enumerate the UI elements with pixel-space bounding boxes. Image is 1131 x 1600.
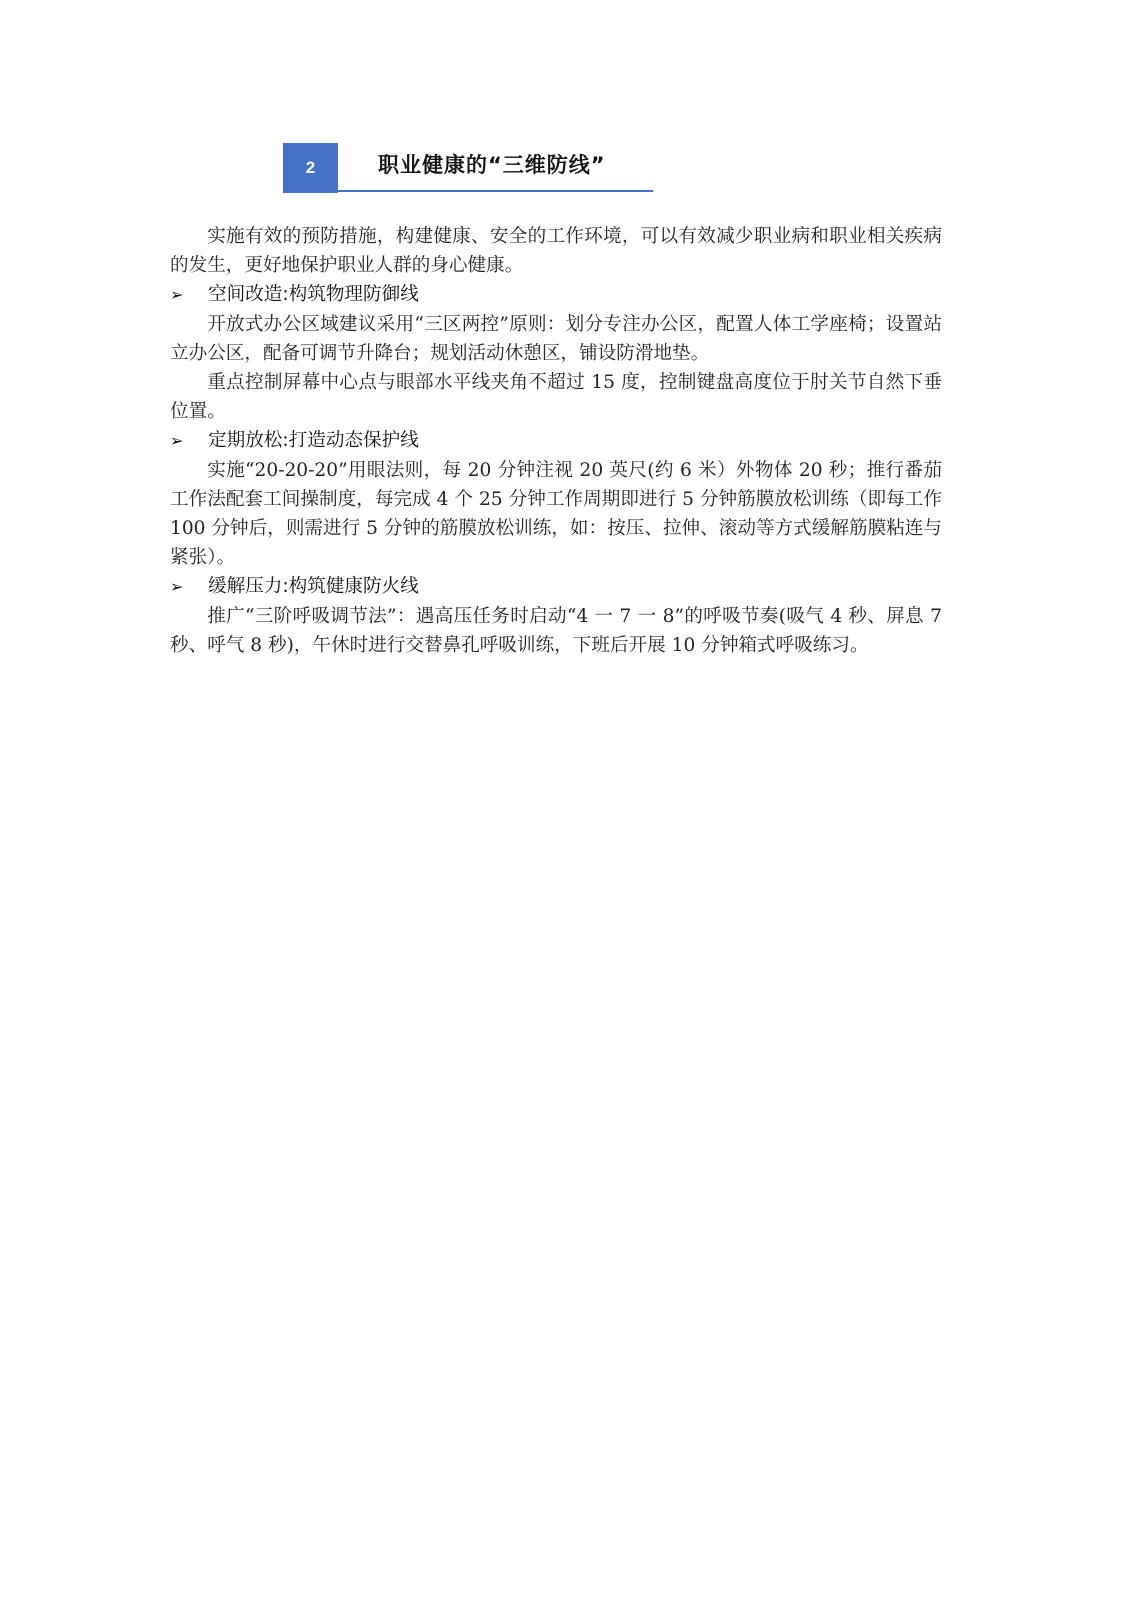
arrow-bullet-icon: ➢: [170, 572, 208, 601]
paragraph: 开放式办公区域建议采用“三区两控”原则：划分专注办公区，配置人体工学座椅；设置站…: [170, 310, 942, 368]
paragraph: 实施“20-20-20”用眼法则，每 20 分钟注视 20 英尺(约 6 米）外…: [170, 456, 942, 573]
heading-text: 空间改造:构筑物理防御线: [208, 280, 419, 309]
heading-text: 缓解压力:构筑健康防火线: [208, 572, 419, 601]
paragraph: 推广“三阶呼吸调节法”：遇高压任务时启动“4 一 7 一 8”的呼吸节奏(吸气 …: [170, 602, 942, 660]
section-heading-space: ➢ 空间改造:构筑物理防御线: [170, 280, 942, 309]
section-number-badge: 2: [283, 143, 338, 193]
title-underline: [338, 190, 653, 192]
document-body: 实施有效的预防措施，构建健康、安全的工作环境，可以有效减少职业病和职业相关疾病的…: [170, 222, 942, 660]
arrow-bullet-icon: ➢: [170, 280, 208, 309]
section-title: 职业健康的“三维防线”: [378, 149, 606, 179]
arrow-bullet-icon: ➢: [170, 426, 208, 455]
section-heading-stress: ➢ 缓解压力:构筑健康防火线: [170, 572, 942, 601]
intro-paragraph: 实施有效的预防措施，构建健康、安全的工作环境，可以有效减少职业病和职业相关疾病的…: [170, 222, 942, 280]
section-heading-relax: ➢ 定期放松:打造动态保护线: [170, 426, 942, 455]
heading-text: 定期放松:打造动态保护线: [208, 426, 419, 455]
section-header: 2 职业健康的“三维防线”: [283, 143, 655, 195]
paragraph: 重点控制屏幕中心点与眼部水平线夹角不超过 15 度，控制键盘高度位于肘关节自然下…: [170, 368, 942, 426]
